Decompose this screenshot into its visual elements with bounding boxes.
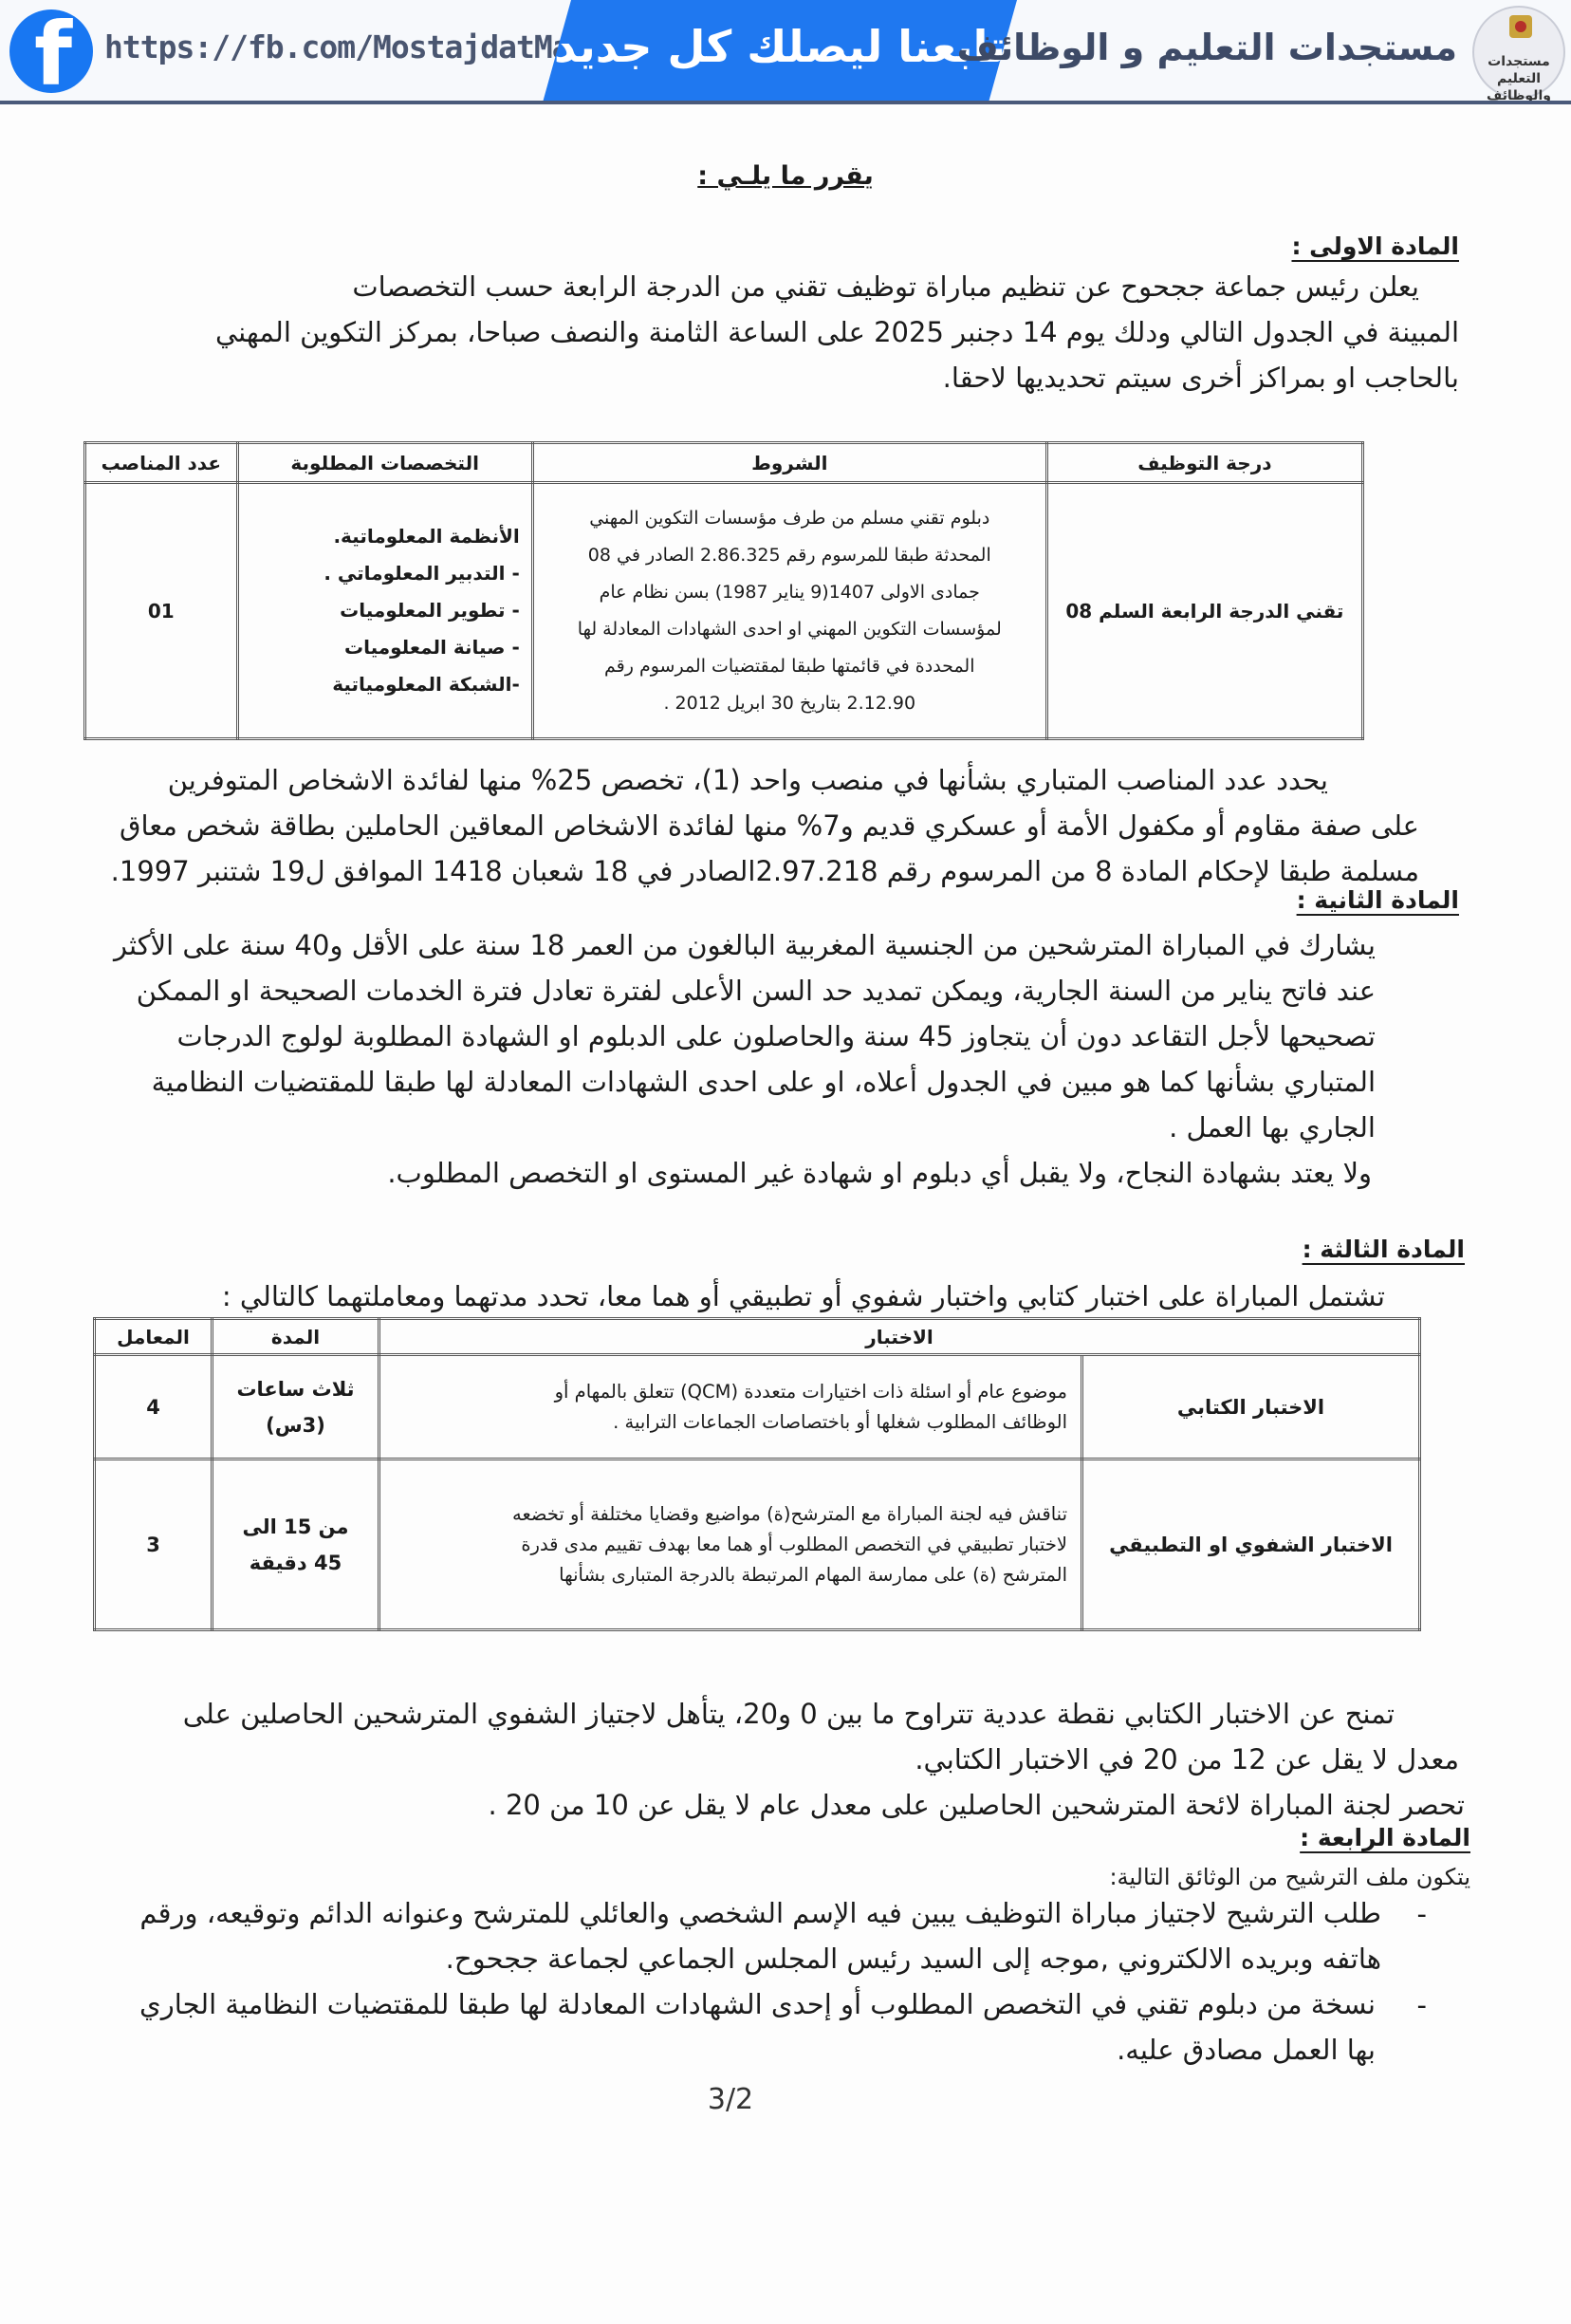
exam-description-cell: موضوع عام أو اسئلة ذات اختيارات متعددة (… [379,1355,1082,1459]
quota-line: مسلمة طبقا لإحكام المادة 8 من المرسوم رق… [111,848,1419,894]
grade-cell: تقني الدرجة الرابعة السلم 08 [1046,483,1362,739]
article1-line: يعلن رئيس جماعة ججحوح عن تنظيم مباراة تو… [352,264,1419,309]
condition-line: دبلوم تقني مسلم من طرف مؤسسات التكوين ال… [534,500,1045,537]
condition-line: 2.12.90 بتاريخ 30 ابريل 2012 . [534,685,1045,722]
table-header-row: الاختبار المدة المعامل [95,1319,1420,1355]
table-header-row: درجة التوظيف الشروط التخصصات المطلوبة عد… [85,443,1363,483]
article4-intro: يتكون ملف الترشيح من الوثائق التالية: [1109,1860,1470,1894]
article3-intro: تشتمل المباراة على اختبار كتابي واختبار … [222,1274,1385,1319]
article3-heading: المادة الثالثة : [1303,1236,1465,1263]
bullet-dash: - [1417,1898,1427,1930]
quota-line: يحدد عدد المناصب المتباري بشأنها في منصب… [168,757,1328,803]
header-exam: الاختبار [379,1319,1420,1355]
article3-after-line: تمنح عن الاختبار الكتابي نقطة عددية تترا… [183,1691,1395,1737]
article3-after-line: تحصر لجنة المباراة لائحة المترشحين الحاص… [489,1782,1465,1828]
condition-line: لمؤسسات التكوين المهني او احدى الشهادات … [534,611,1045,648]
bullet-dash: - [1417,1989,1427,2021]
article2-line: الجاري بها العمل . [1169,1105,1376,1150]
header-specialties: التخصصات المطلوبة [237,443,532,483]
header-grade: درجة التوظيف [1046,443,1362,483]
article1-line: بالحاجب او بمراكز أخرى سيتم تحديديها لاح… [943,355,1459,400]
duration-cell: من 15 الى 45 دقيقة [213,1459,379,1630]
specialty-item: - التدبير المعلوماتي . [239,555,520,592]
logo-text-line1: مستجدات التعليم [1474,53,1563,87]
duration-line: ثلاث ساعات [213,1371,378,1407]
article2-line: ولا يعتد بشهادة النجاح، ولا يقبل أي دبلو… [387,1150,1372,1196]
specialty-item: -الشبكة المعلومياتية [239,666,520,703]
header-coefficient: المعامل [95,1319,213,1355]
document-page: يقرر ما يلـي : المادة الاولى : يعلن رئيس… [0,104,1571,2324]
quota-line: على صفة مقاوم أو مكفول الأمة أو عسكري قد… [120,803,1419,848]
article1-heading: المادة الاولى : [1291,232,1459,260]
header-duration: المدة [213,1319,379,1355]
table-row: الاختبار الشفوي او التطبيقي تناقش فيه لج… [95,1459,1420,1630]
header-banner: f https://fb.com/MostajdatMaroc تابعنا ل… [0,0,1571,104]
duration-line: (3س) [213,1407,378,1443]
article2-line: المتباري بشأنها كما هو مبين في الجدول أع… [152,1059,1376,1105]
article2-line: عند فاتح يناير من السنة الجارية، ويمكن ت… [137,968,1376,1013]
positions-table: درجة التوظيف الشروط التخصصات المطلوبة عد… [83,441,1364,740]
specialty-item: - تطوير المعلوميات [239,592,520,629]
exam-table: الاختبار المدة المعامل الاختبار الكتابي … [93,1317,1421,1631]
specialties-cell: الأنظمة المعلوماتية. - التدبير المعلومات… [237,483,532,739]
specialty-item: - صيانة المعلوميات [239,629,520,666]
specialty-item: الأنظمة المعلوماتية. [239,518,520,555]
page-number: 3/2 [0,2083,1461,2116]
site-logo: مستجدات التعليم والوظائف [1472,6,1565,99]
article4-item-line: بها العمل مصادق عليه. [1117,2027,1376,2073]
table-row: الاختبار الكتابي موضوع عام أو اسئلة ذات … [95,1355,1420,1459]
condition-line: المحدثة طبقا للمرسوم رقم 2.86.325 الصادر… [534,537,1045,574]
duration-cell: ثلاث ساعات (3س) [213,1355,379,1459]
article4-item-line: هاتفه وبريده الالكتروني ,موجه إلى السيد … [446,1936,1381,1981]
header-conditions: الشروط [532,443,1046,483]
logo-text: مستجدات التعليم والوظائف [1474,53,1563,104]
article1-line: المبينة في الجدول التالي ودلك يوم 14 دجن… [215,309,1459,355]
article4-item-line: طلب الترشيح لاجتياز مباراة التوظيف يبين … [139,1890,1381,1936]
article4-heading: المادة الرابعة : [1300,1824,1470,1851]
article2-line: يشارك في المباراة المترشحين من الجنسية ا… [114,922,1376,968]
condition-line: المحددة في قائمتها طبقا لمقتضيات المرسوم… [534,648,1045,685]
site-name: مستجدات التعليم و الوظائف [957,27,1457,68]
coefficient-cell: 3 [95,1459,213,1630]
count-cell: 01 [85,483,238,739]
article2-line: تصحيحها لأجل التقاعد دون أن يتجاوز 45 سن… [176,1013,1376,1059]
conditions-cell: دبلوم تقني مسلم من طرف مؤسسات التكوين ال… [532,483,1046,739]
article4-item-line: نسخة من دبلوم تقني في التخصص المطلوب أو … [139,1981,1376,2027]
duration-line: 45 دقيقة [213,1545,378,1581]
decision-title-text: يقرر ما يلـي : [697,161,873,191]
description-line: لاختبار تطبيقي في التخصص المطلوب أو هما … [380,1530,1067,1560]
header-count: عدد المناصب [85,443,238,483]
follow-us-banner: تابعنا ليصلك كل جديد [543,0,1017,102]
description-line: موضوع عام أو اسئلة ذات اختيارات متعددة (… [380,1377,1067,1407]
table-row: تقني الدرجة الرابعة السلم 08 دبلوم تقني … [85,483,1363,739]
coefficient-cell: 4 [95,1355,213,1459]
description-line: تناقش فيه لجنة المباراة مع المترشح(ة) مو… [380,1499,1067,1530]
exam-description-cell: تناقش فيه لجنة المباراة مع المترشح(ة) مو… [379,1459,1082,1630]
facebook-icon[interactable]: f [9,9,93,93]
description-line: الوظائف المطلوب شغلها أو باختصاصات الجما… [380,1407,1067,1438]
duration-line: من 15 الى [213,1509,378,1545]
slogan-text: تابعنا ليصلك كل جديد [543,21,1017,72]
description-line: المترشح (ة) على ممارسة المهام المرتبطة ب… [380,1560,1067,1590]
article3-after-line: معدل لا يقل عن 12 من 20 في الاختبار الكت… [915,1737,1459,1782]
exam-name-cell: الاختبار الشفوي او التطبيقي [1082,1459,1420,1630]
decision-title: يقرر ما يلـي : [0,161,1571,191]
article2-heading: المادة الثانية : [1297,886,1459,914]
moroccan-emblem-icon [1509,15,1532,38]
exam-name-cell: الاختبار الكتابي [1082,1355,1420,1459]
condition-line: جمادى الاولى 1407(9 يناير 1987) بسن نظام… [534,574,1045,611]
facebook-url-link[interactable]: https://fb.com/MostajdatMaroc [104,28,623,65]
